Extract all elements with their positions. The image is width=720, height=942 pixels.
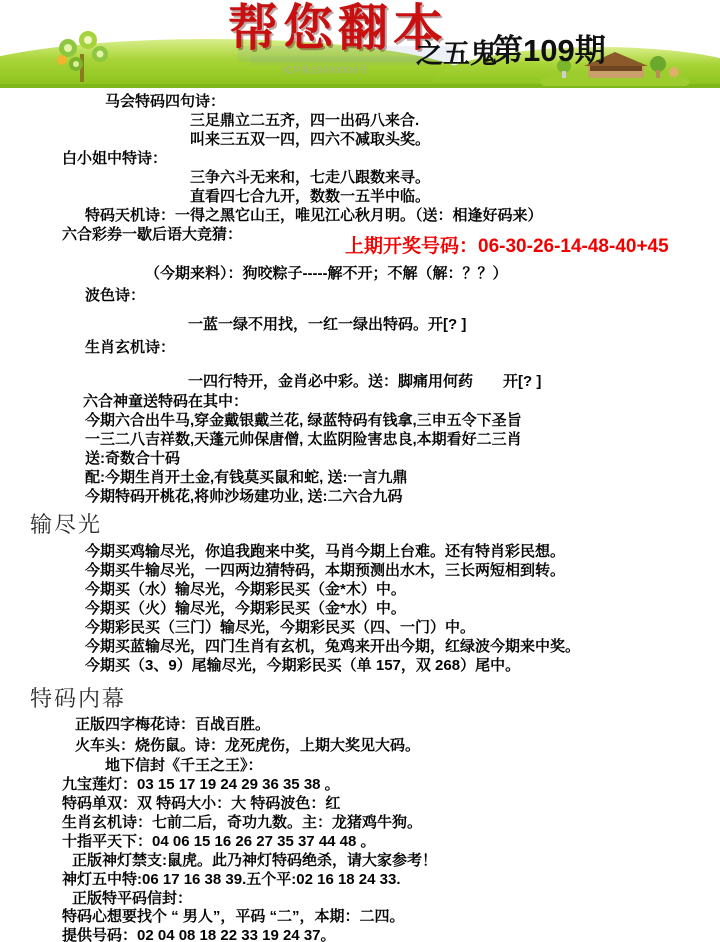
doc-line: 今期买鸡输尽光，你追我跑来中奖，马肖今期上台难。还有特肖彩民想。 — [85, 543, 565, 561]
poem-tianji: 特码天机诗：一得之黑它山王，唯见江心秋月明。（送：相逢好码来） — [85, 207, 543, 225]
tree-icon — [48, 30, 118, 86]
doc-line: 特码单双：双 特码大小：大 特码波色：红 — [62, 795, 340, 813]
doc-line: 提供号码：02 04 08 18 22 33 19 24 37。 — [62, 927, 336, 942]
poem-title-bose: 波色诗： — [85, 287, 145, 305]
doc-line: 一蓝一绿不用找，一红一绿出特码。开[? ] — [188, 316, 466, 334]
doc-line: 火车头：烧伤鼠。诗：龙死虎伤，上期大奖见大码。 — [75, 737, 420, 755]
doc-line: 九宝莲灯：03 15 17 19 24 29 36 35 38 。 — [62, 776, 340, 794]
doc-line: 今期买（3、9）尾输尽光，今期彩民买（单 157，双 268）尾中。 — [85, 657, 520, 675]
xiehouyu-title: 六合彩券一歇后语大竞猜： — [62, 226, 242, 244]
doc-line: 正版特平码信封： — [72, 890, 192, 908]
doc-line: 正版四字梅花诗：百战百胜。 — [75, 716, 270, 734]
doc-line: （今期来料）：狗咬粽子-----解不开；不解（解：？？） — [145, 265, 507, 283]
doc-line: 配:今期生肖开土金,有钱莫买鼠和蛇, 送:一言九鼎 — [85, 469, 408, 487]
doc-line: 今期彩民买（三门）输尽光，今期彩民买（四、一门）中。 — [85, 619, 475, 637]
doc-line: 直看四七合九开，数数一五半中临。 — [190, 188, 430, 206]
doc-line: 今期买（火）输尽光，今期彩民买（金*水）中。 — [85, 600, 406, 618]
last-draw-label: 上期开奖号码： — [345, 236, 478, 257]
doc-line: 十指平天下：04 06 15 16 26 27 35 37 44 48 。 — [62, 833, 376, 851]
doc-line: 特码心想要找个 “ 男人”，平码 “二”，本期：二四。 — [62, 908, 405, 926]
doc-line: 今期六合出牛马,穿金戴银戴兰花, 绿蓝特码有钱拿,三申五令下圣旨 — [85, 412, 522, 430]
section-heading-temaneimu: 特码内幕 — [30, 682, 126, 713]
section-heading-shujinguang: 输尽光 — [30, 508, 102, 539]
doc-line: 神灯五中特:06 17 16 38 39.五个平:02 16 18 24 33. — [62, 871, 401, 889]
doc-line: 今期买（水）输尽光，今期彩民买（金*木）中。 — [85, 581, 406, 599]
doc-line: 叫来三五双一四，四六不减取头奖。 — [190, 131, 430, 149]
poem-title-mahui: 马会特码四句诗： — [105, 93, 225, 111]
doc-line: 三争六斗无来和，七走八跟数来寻。 — [190, 169, 430, 187]
doc-line: 今期买牛输尽光，一四两边猜特码，本期预测出水木，三长两短相到转。 — [85, 562, 565, 580]
doc-line: 一三二八吉祥数,天蓬元帅保唐僧, 太监阴险害忠良,本期看好二三肖 — [85, 431, 522, 449]
lottery-tip-sheet: 帮您翻本 之五鬼 第109期 ICP备25000006号 马会特码四句诗： 三足… — [0, 0, 720, 942]
shentong-title: 六合神童送特码在其中： — [83, 393, 248, 411]
poem-title-shengxiao: 生肖玄机诗： — [85, 339, 175, 357]
doc-line: 地下信封《千王之王》： — [105, 757, 263, 775]
page-title: 帮您翻本 — [228, 0, 448, 56]
doc-line: 送:奇数合十码 — [85, 450, 180, 468]
doc-line: 今期买蓝输尽光，四门生肖有玄机，兔鸡来开出今期，红绿波今期来中奖。 — [85, 638, 580, 656]
doc-line: 一四行特开，金肖必中彩。送：脚痛用何药 开[? ] — [188, 373, 541, 391]
last-draw-numbers: 上期开奖号码：06-30-26-14-48-40+45 — [345, 231, 669, 258]
doc-line: 三足鼎立二五齐，四一出码八来合. — [190, 112, 419, 130]
doc-line: 生肖玄机诗：七前二后，奇功九数。主：龙猪鸡牛狗。 — [62, 814, 422, 832]
doc-line: 正版神灯禁支:鼠虎。此乃神灯特码绝杀，请大家参考！ — [72, 852, 437, 870]
issue-number: 第109期 — [492, 25, 606, 70]
poem-title-baixiaojie: 白小姐中特诗： — [62, 150, 167, 168]
page-title-suffix: 之五鬼 — [416, 32, 497, 71]
last-draw-values: 06-30-26-14-48-40+45 — [478, 236, 669, 257]
doc-line: 今期特码开桃花,将帅沙场建功业, 送:二六合九码 — [85, 488, 403, 506]
icp-watermark: ICP备25000006号 — [283, 63, 369, 76]
masthead: 帮您翻本 之五鬼 第109期 ICP备25000006号 — [0, 0, 720, 88]
